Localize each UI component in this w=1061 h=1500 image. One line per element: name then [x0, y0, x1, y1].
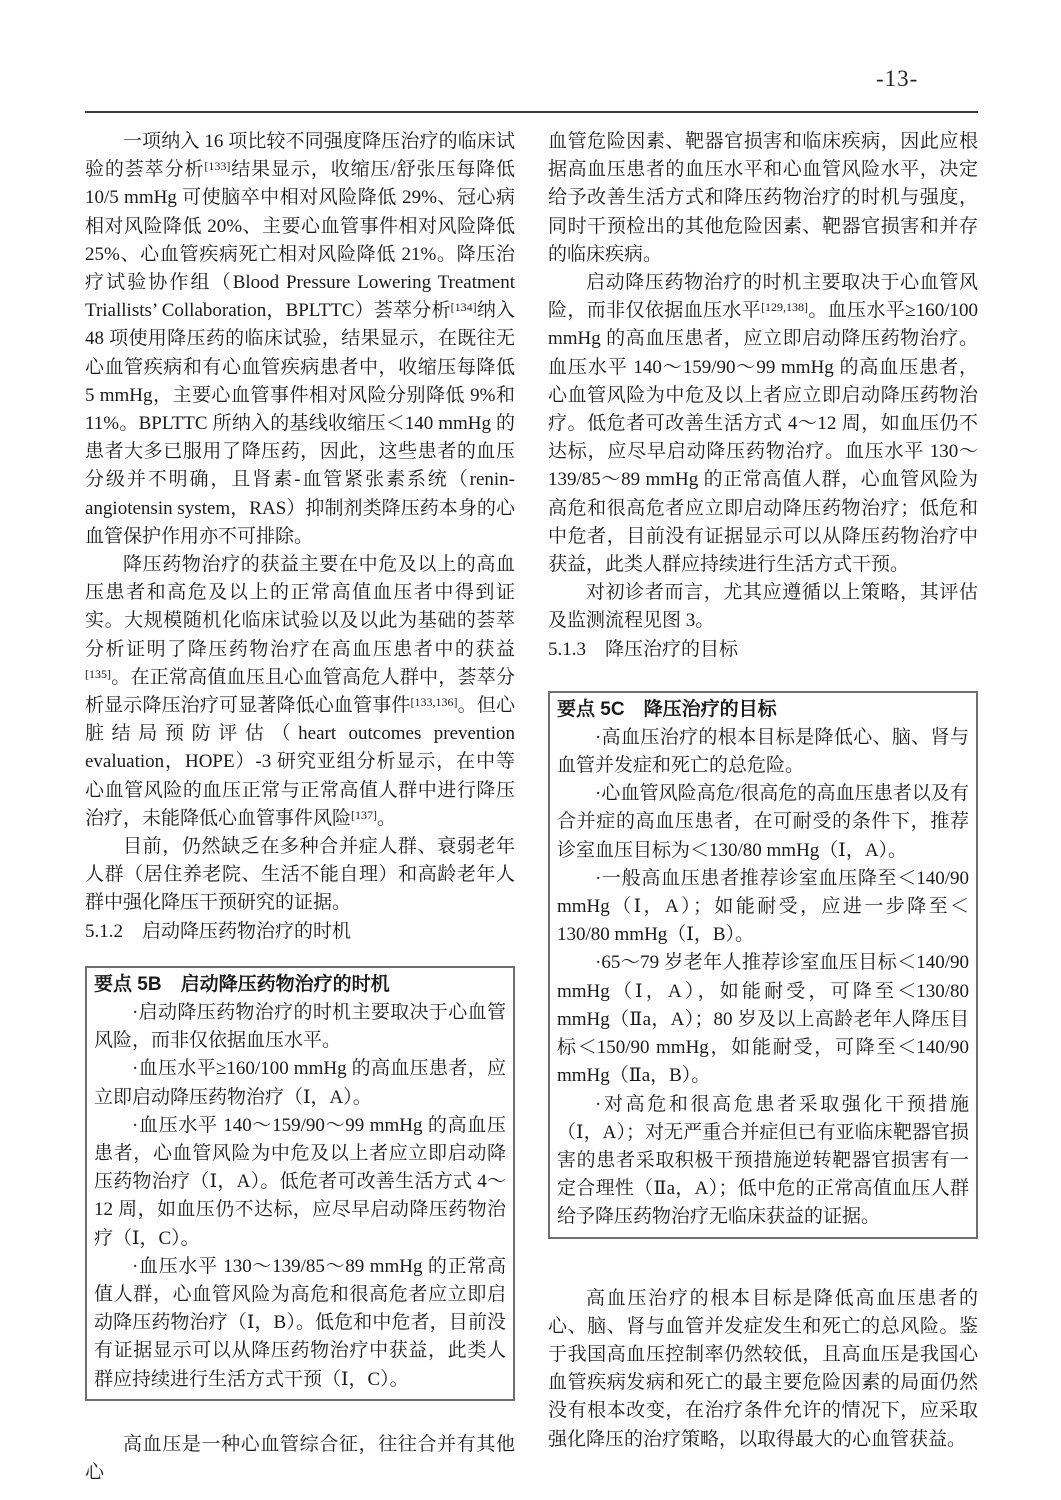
box-5c-bullet: ·高血压治疗的根本目标是降低心、脑、肾与血管并发症和死亡的总危险。 [557, 724, 969, 780]
paragraph-meta-analysis: 一项纳入 16 项比较不同强度降压治疗的临床试验的荟萃分析[133]结果显示，收… [85, 128, 515, 551]
paragraph-risk-factors-continuation: 血管危险因素、靶器官损害和临床疾病，因此应根据高血压患者的血压水平和心血管风险水… [548, 128, 978, 269]
key-points-box-5c: 要点 5C 降压治疗的目标 ·高血压治疗的根本目标是降低心、脑、肾与血管并发症和… [548, 691, 978, 1239]
box-5b-bullet: ·启动降压药物治疗的时机主要取决于心血管风险，而非仅依据血压水平。 [94, 999, 506, 1055]
box-5c-bullet: ·一般高血压患者推荐诊室血压降至＜140/90 mmHg（Ⅰ，A）；如能耐受，应… [557, 865, 969, 950]
paragraph-syndrome-intro: 高血压是一种心血管综合征，往往合并有其他心 [85, 1431, 515, 1487]
box-5b-bullet: ·血压水平≥160/100 mmHg 的高血压患者，应立即启动降压药物治疗（Ⅰ，… [94, 1055, 506, 1111]
box-5c-title: 要点 5C 降压治疗的目标 [557, 695, 969, 724]
box-5c-bullet: ·心血管风险高危/很高危的高血压患者以及有合并症的高血压患者，在可耐受的条件下，… [557, 780, 969, 865]
box-5c-bullet: ·65～79 岁老年人推荐诊室血压目标＜140/90 mmHg（Ⅰ，A），如能耐… [557, 949, 969, 1090]
box-5b-title: 要点 5B 启动降压药物治疗的时机 [94, 970, 506, 999]
section-heading-5-1-2: 5.1.2 启动降压药物治疗的时机 [85, 918, 515, 946]
paragraph-fundamental-goal: 高血压治疗的根本目标是降低高血压患者的心、脑、肾与血管并发症发生和死亡的总风险。… [548, 1285, 978, 1454]
page-number: -13- [876, 66, 918, 92]
paragraph-evidence-gap: 目前，仍然缺乏在多种合并症人群、衰弱老年人群（居住养老院、生活不能自理）和高龄老… [85, 833, 515, 918]
paragraph-timing-of-therapy: 启动降压药物治疗的时机主要取决于心血管风险，而非仅依据血压水平[129,138]… [548, 269, 978, 579]
paragraph-treatment-benefit: 降压药物治疗的获益主要在中危及以上的高血压患者和高危及以上的正常高值血压者中得到… [85, 551, 515, 833]
content-columns: 一项纳入 16 项比较不同强度降压治疗的临床试验的荟萃分析[133]结果显示，收… [85, 128, 978, 1487]
box-5b-bullet: ·血压水平 140～159/90～99 mmHg 的高血压患者，心血管风险为中危… [94, 1112, 506, 1253]
box-5c-bullet: ·对高危和很高危患者采取强化干预措施（Ⅰ，A）；对无严重合并症但已有亚临床靶器官… [557, 1091, 969, 1232]
header-rule-divider [85, 111, 978, 113]
paragraph-first-visit: 对初诊者而言，尤其应遵循以上策略，其评估及监测流程见图 3。 [548, 579, 978, 635]
section-heading-5-1-3: 5.1.3 降压治疗的目标 [548, 636, 978, 664]
box-5b-bullet: ·血压水平 130～139/85～89 mmHg 的正常高值人群，心血管风险为高… [94, 1253, 506, 1394]
left-column: 一项纳入 16 项比较不同强度降压治疗的临床试验的荟萃分析[133]结果显示，收… [85, 128, 515, 1487]
key-points-box-5b: 要点 5B 启动降压药物治疗的时机 ·启动降压药物治疗的时机主要取决于心血管风险… [85, 966, 515, 1401]
right-column: 血管危险因素、靶器官损害和临床疾病，因此应根据高血压患者的血压水平和心血管风险水… [548, 128, 978, 1487]
